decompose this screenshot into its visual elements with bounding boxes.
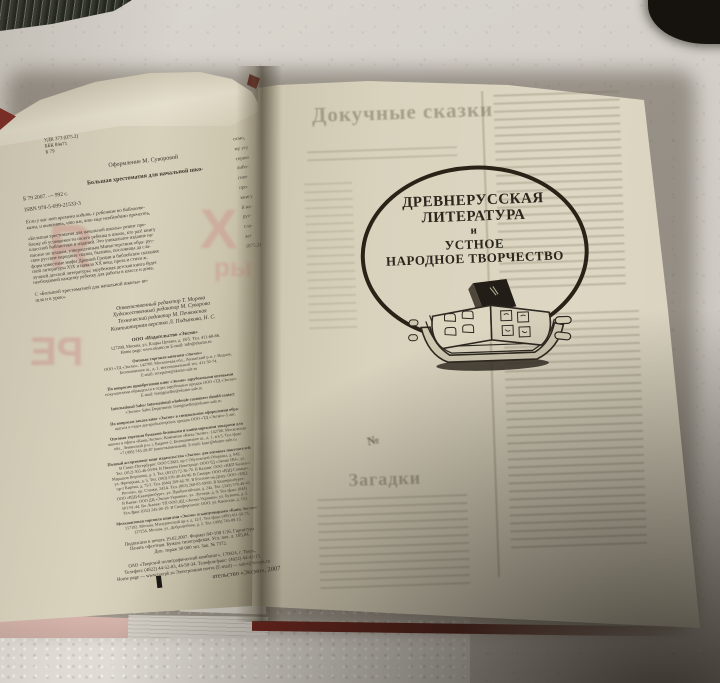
book-section-title: ДРЕВНЕРУССКАЯ ЛИТЕРАТУРА и УСТНОЕ НАРОДН… — [358, 162, 589, 269]
photo-open-book-on-desk: Я Х РЕ ры УДК 373 (075.2)ББК 84я71Б 79 О… — [0, 0, 720, 683]
showthrough-section-header: Загадки — [348, 468, 421, 492]
title-page-content: Докучные сказки № Загадки ДРЕВНЕРУССКАЯ … — [288, 50, 707, 624]
old-book-illustration — [406, 274, 577, 376]
showthrough-text-lines — [317, 494, 470, 595]
showthrough-ornament: № — [366, 432, 381, 449]
imprint-page-content: УДК 373 (075.2)ББК 84я71Б 79 Оформление … — [16, 112, 317, 589]
showthrough-text-lines — [307, 146, 457, 166]
showthrough-text-lines — [304, 182, 357, 334]
showthrough-header: Докучные сказки — [311, 97, 493, 128]
